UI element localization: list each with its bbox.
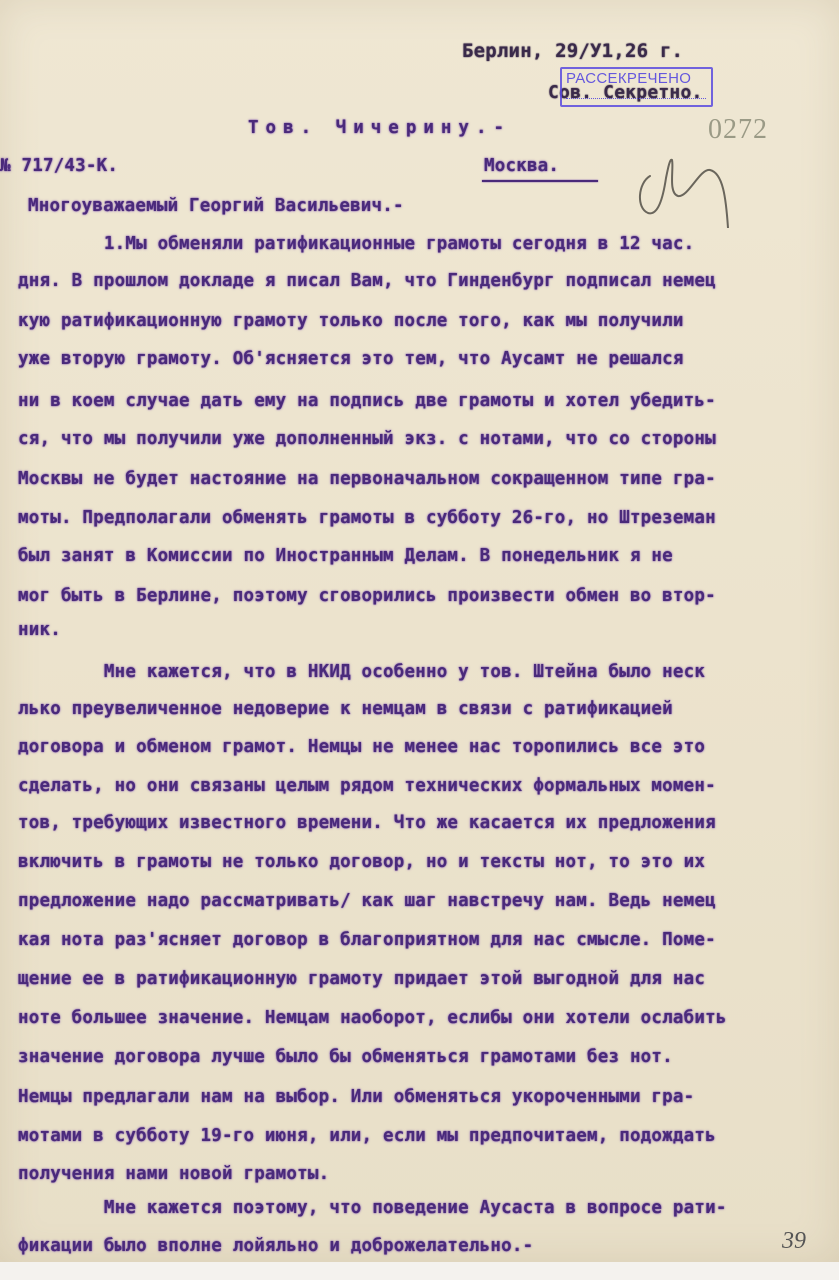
city: Москва.	[484, 156, 559, 176]
page-number: 39	[782, 1228, 806, 1255]
declassified-stamp: РАССЕКРЕЧЕНО	[560, 67, 713, 107]
body-line: получения нами новой грамоты.	[18, 1164, 329, 1184]
addressee: Тов. Чичерину.-	[248, 118, 511, 138]
body-line: уже вторую грамоту. Об'ясняется это тем,…	[18, 349, 684, 369]
page-bottom-edge	[0, 1262, 839, 1280]
archive-number: 0272	[708, 114, 768, 146]
body-line: ник.	[18, 620, 61, 640]
body-line: кая нота раз'ясняет договор в благоприят…	[18, 930, 716, 950]
body-line: Мне кажется, что в НКИД особенно у тов. …	[18, 662, 705, 682]
body-line: ся, что мы получили уже дополненный экз.…	[18, 429, 716, 449]
place-date: Берлин, 29/У1,26 г.	[462, 40, 683, 62]
body-line: мотами в субботу 19-го июня, или, если м…	[18, 1126, 716, 1146]
body-line: предложение надо рассматривать/ как шаг …	[18, 891, 716, 911]
stamp-text: РАССЕКРЕЧЕНО	[566, 70, 691, 87]
body-line: 1.Мы обменяли ратификационные грамоты се…	[18, 234, 694, 254]
body-line: ни в коем случае дать ему на подпись две…	[18, 391, 716, 411]
salutation: Многоуважаемый Георгий Васильевич.-	[28, 196, 404, 216]
handwritten-initials	[628, 148, 738, 228]
body-line: лько преувеличенное недоверие к немцам в…	[18, 699, 673, 719]
body-line: дня. В прошлом докладе я писал Вам, что …	[18, 271, 716, 291]
body-line: тов, требующих известного времени. Что ж…	[18, 813, 716, 833]
reference-number: № 717/43-К.	[0, 156, 118, 176]
body-line: был занят в Комиссии по Иностранным Дела…	[18, 546, 673, 566]
body-line: включить в грамоты не только договор, но…	[18, 852, 705, 872]
body-line: Немцы предлагали нам на выбор. Или обмен…	[18, 1087, 694, 1107]
body-line: значение договора лучше было бы обменять…	[18, 1047, 673, 1067]
stamp-dotted-line	[566, 98, 706, 102]
body-line: фикации было вполне лойяльно и доброжела…	[18, 1236, 533, 1256]
city-underline	[482, 180, 598, 182]
body-line: Мне кажется поэтому, что поведение Аусас…	[18, 1198, 727, 1218]
body-line: сделать, но они связаны целым рядом техн…	[18, 776, 716, 796]
body-line: договора и обменом грамот. Немцы не мене…	[18, 737, 705, 757]
body-line: Москвы не будет настояние на первоначаль…	[18, 469, 716, 489]
body-line: ноте большее значение. Немцам наоборот, …	[18, 1008, 727, 1028]
body-line: кую ратификационную грамоту только после…	[18, 311, 684, 331]
body-line: щение ее в ратификационную грамоту прида…	[18, 969, 705, 989]
body-line: мог быть в Берлине, поэтому сговорились …	[18, 586, 716, 606]
body-line: моты. Предполагали обменять грамоты в су…	[18, 508, 716, 528]
